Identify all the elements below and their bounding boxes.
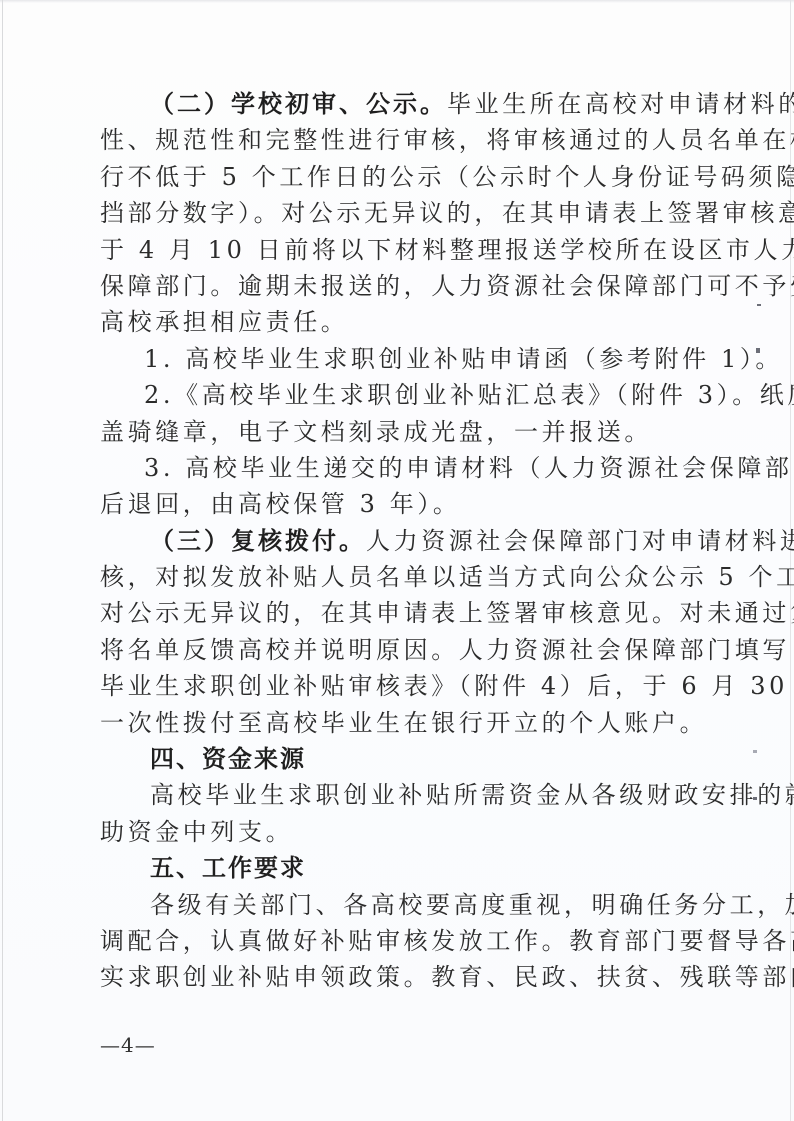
document-page: （二）学校初审、公示。毕业生所在高校对申请材料的真实 性、规范性和完整性进行审核… (0, 0, 794, 1121)
paragraph-line: 调配合，认真做好补贴审核发放工作。教育部门要督导各高校落 (100, 923, 712, 959)
list-item-3-continued: 后退回，由高校保管 3 年）。 (100, 486, 712, 522)
scan-speck (757, 304, 761, 306)
scan-edge-left (2, 0, 3, 1121)
document-body: （二）学校初审、公示。毕业生所在高校对申请材料的真实 性、规范性和完整性进行审核… (100, 86, 712, 996)
section-heading-school-review: （二）学校初审、公示。 (150, 90, 447, 118)
scan-speck (753, 750, 757, 753)
paragraph-line: 挡部分数字）。对公示无异议的，在其申请表上签署审核意见，并 (100, 195, 712, 231)
list-item-1: 1. 高校毕业生求职创业补贴申请函（参考附件 1）。 (100, 341, 712, 377)
paragraph-line: 各级有关部门、各高校要高度重视，明确任务分工，加强协 (100, 887, 712, 923)
paragraph-review-payment-line: （三）复核拨付。人力资源社会保障部门对申请材料进行复 (100, 523, 712, 559)
paragraph-line: 性、规范性和完整性进行审核，将审核通过的人员名单在校内进 (100, 122, 712, 158)
paragraph-line: 保障部门。逾期未报送的，人力资源社会保障部门可不予受理， (100, 268, 712, 304)
paragraph-line: 毕业生求职创业补贴审核表》（附件 4）后，于 6 月 30 日前将补贴 (100, 668, 712, 704)
paragraph-line: 一次性拨付至高校毕业生在银行开立的个人账户。 (100, 705, 712, 741)
paragraph-line: 行不低于 5 个工作日的公示（公示时个人身份证号码须隐藏或遮 (100, 159, 712, 195)
paragraph-line: 于 4 月 10 日前将以下材料整理报送学校所在设区市人力资源社会 (100, 232, 712, 268)
scan-edge-top (0, 0, 794, 3)
section-heading-work-requirements: 五、工作要求 (100, 850, 712, 886)
paragraph-text: 人力资源社会保障部门对申请材料进行复 (366, 527, 794, 555)
paragraph-line: 助资金中列支。 (100, 814, 712, 850)
paragraph-text: 毕业生所在高校对申请材料的真实 (447, 90, 794, 118)
paragraph-line: 高校承担相应责任。 (100, 304, 712, 340)
list-item-3: 3. 高校毕业生递交的申请材料（人力资源社会保障部门审核 (100, 450, 712, 486)
paragraph-line: 实求职创业补贴申领政策。教育、民政、扶贫、残联等部门要积 (100, 959, 712, 995)
list-item-2: 2.《高校毕业生求职创业补贴汇总表》（附件 3）。纸质材料加 (100, 377, 712, 413)
paragraph-line: 核，对拟发放补贴人员名单以适当方式向公众公示 5 个工作日。 (100, 559, 712, 595)
section-heading-review-payment: （三）复核拨付。 (150, 527, 366, 555)
list-item-2-continued: 盖骑缝章，电子文档刻录成光盘，一并报送。 (100, 414, 712, 450)
paragraph-line: 高校毕业生求职创业补贴所需资金从各级财政安排的就业补 (100, 777, 712, 813)
paragraph-line: 对公示无异议的，在其申请表上签署审核意见。对未通过复核的， (100, 595, 712, 631)
page-number: —4— (100, 1033, 156, 1057)
section-heading-funding-source: 四、资金来源 (100, 741, 712, 777)
paragraph-line: 将名单反馈高校并说明原因。人力资源社会保障部门填写《高校 (100, 632, 712, 668)
paragraph-school-review-line: （二）学校初审、公示。毕业生所在高校对申请材料的真实 (100, 86, 712, 122)
